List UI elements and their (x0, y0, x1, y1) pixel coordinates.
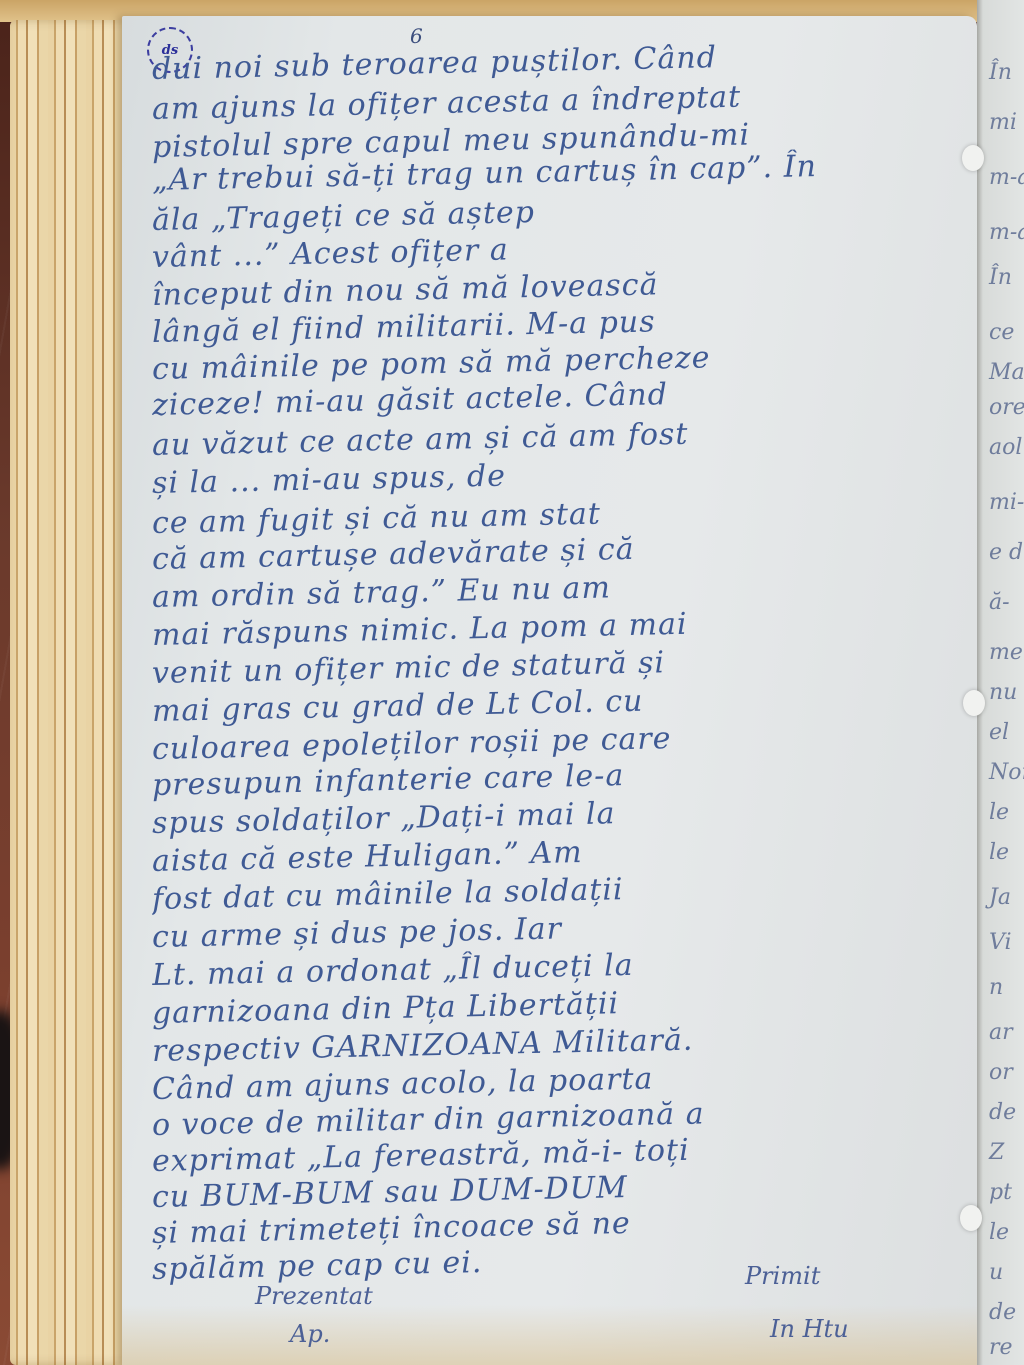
facing-fragment: le (989, 800, 1009, 825)
facing-fragment: u (989, 1260, 1003, 1285)
facing-fragment: Z (989, 1140, 1004, 1165)
page-number: 6 (410, 24, 423, 48)
facing-fragment: m-a (989, 220, 1024, 245)
facing-fragment: m-a (989, 165, 1024, 190)
facing-fragment: pt (989, 1180, 1012, 1205)
signature-right-label: Primit (745, 1262, 820, 1290)
facing-fragment: nu (989, 680, 1017, 705)
signature-left-mark: Ap. (290, 1320, 330, 1348)
facing-fragment: ore (989, 395, 1024, 420)
facing-page: În mi m-a m-a În ce Ma ore aol mi- e d ă… (977, 0, 1024, 1365)
facing-fragment: Ja (989, 885, 1011, 910)
facing-fragment: le (989, 1220, 1009, 1245)
facing-fragment: mi- (989, 490, 1024, 515)
facing-fragment: re (989, 1335, 1013, 1360)
facing-fragment: or (989, 1060, 1013, 1085)
facing-fragment: mi (989, 110, 1017, 135)
facing-fragment: n (989, 975, 1003, 1000)
facing-fragment: Ma (989, 360, 1024, 385)
facing-fragment: Vi (989, 930, 1012, 955)
facing-fragment: ar (989, 1020, 1013, 1045)
facing-fragment: În (989, 265, 1012, 290)
signature-right-mark: In Htu (770, 1315, 849, 1343)
signature-left-label: Prezentat (255, 1282, 373, 1310)
facing-fragment: ă- (989, 590, 1010, 615)
facing-fragment: de (989, 1100, 1016, 1125)
facing-fragment: Nor (989, 760, 1024, 785)
facing-fragment: e d (989, 540, 1023, 565)
facing-fragment: ce (989, 320, 1014, 345)
facing-fragment: me (989, 640, 1023, 665)
facing-fragment: le (989, 840, 1009, 865)
facing-fragment: În (989, 60, 1012, 85)
facing-fragment: de (989, 1300, 1016, 1325)
facing-fragment: el (989, 720, 1009, 745)
facing-fragment: aol (989, 435, 1022, 460)
